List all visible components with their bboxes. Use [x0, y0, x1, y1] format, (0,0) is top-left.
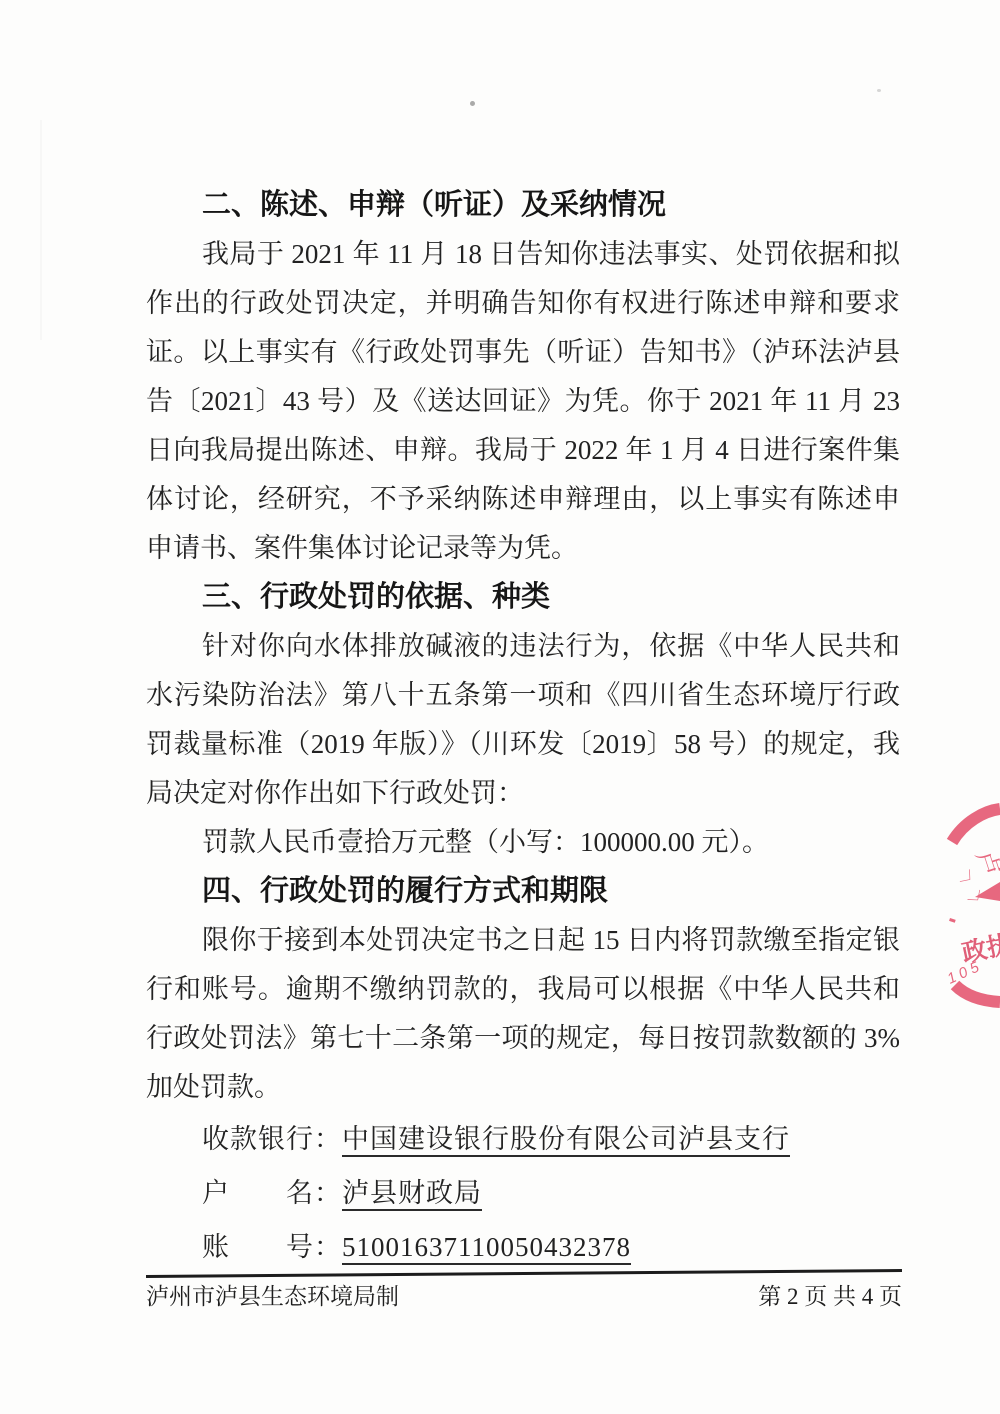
doc-line: 行和账号。逾期不缴纳罚款的，我局可以根据《中华人民共和国	[146, 965, 900, 1014]
page-footer: 泸州市泸县生态环境局制 第 2 页 共 4 页	[146, 1281, 902, 1313]
doc-line: 体讨论，经研究，不予采纳陈述申辩理由，以上事实有陈述申辩	[146, 475, 900, 524]
doc-line: 罚裁量标准（2019 年版）》（川环发〔2019〕58 号）的规定，我	[146, 720, 900, 769]
doc-line: 局决定对你作出如下行政处罚：	[146, 769, 900, 818]
scan-streak	[40, 120, 42, 340]
doc-line: 告〔2021〕43 号）及《送达回证》为凭。你于 2021 年 11 月 23	[146, 377, 900, 426]
doc-line: 行政处罚法》第七十二条第一项的规定，每日按罚款数额的 3%	[146, 1014, 900, 1063]
scan-speck	[877, 89, 881, 92]
payment-field-row: 账 号：51001637110050432378	[146, 1220, 900, 1274]
footer-issuer: 泸州市泸县生态环境局制	[146, 1281, 399, 1313]
stamp-top-arc	[952, 809, 1000, 842]
payment-field-value: 中国建设银行股份有限公司泸县支行	[342, 1124, 790, 1154]
payment-field-value: 51001637110050432378	[342, 1232, 631, 1262]
doc-line: 日向我局提出陈述、申辩。我局于 2022 年 1 月 4 日进行案件集	[146, 426, 900, 475]
doc-line: 水污染防治法》第八十五条第一项和《四川省生态环境厅行政处	[146, 671, 900, 720]
payment-field-value: 泸县财政局	[342, 1178, 482, 1208]
stamp-bottom-arc	[955, 985, 1000, 1002]
scan-speck	[470, 101, 475, 106]
section-heading: 二、陈述、申辩（听证）及采纳情况	[146, 181, 900, 230]
section-heading: 三、行政处罚的依据、种类	[146, 573, 900, 622]
doc-line: 限你于接到本处罚决定书之日起 15 日内将罚款缴至指定银	[146, 916, 900, 965]
doc-line: 申请书、案件集体讨论记录等为凭。	[146, 524, 900, 573]
doc-line: 针对你向水体排放碱液的违法行为，依据《中华人民共和国	[146, 622, 900, 671]
red-seal-stamp: 卢 〉 〉 政执 105	[942, 800, 1000, 1028]
payment-field-row: 收款银行：中国建设银行股份有限公司泸县支行	[146, 1112, 900, 1166]
payment-field-row: 户 名：泸县财政局	[146, 1166, 900, 1220]
document-page: 二、陈述、申辩（听证）及采纳情况我局于 2021 年 11 月 18 日告知你违…	[0, 0, 1000, 1414]
payment-field-label: 收款银行：	[202, 1124, 342, 1154]
document-body: 二、陈述、申辩（听证）及采纳情况我局于 2021 年 11 月 18 日告知你违…	[146, 181, 900, 1274]
doc-line: 证。以上事实有《行政处罚事先（听证）告知书》（泸环法泸县	[146, 328, 900, 377]
footer-page-number: 第 2 页 共 4 页	[758, 1281, 902, 1313]
payment-field-label: 账 号：	[202, 1232, 342, 1262]
payment-field-label: 户 名：	[202, 1178, 342, 1208]
doc-line: 加处罚款。	[146, 1063, 900, 1112]
doc-line: 我局于 2021 年 11 月 18 日告知你违法事实、处罚依据和拟	[146, 230, 900, 279]
doc-line: 作出的行政处罚决定，并明确告知你有权进行陈述申辩和要求听	[146, 279, 900, 328]
section-heading: 四、行政处罚的履行方式和期限	[146, 867, 900, 916]
doc-line: 罚款人民币壹拾万元整（小写：100000.00 元）。	[146, 818, 900, 867]
